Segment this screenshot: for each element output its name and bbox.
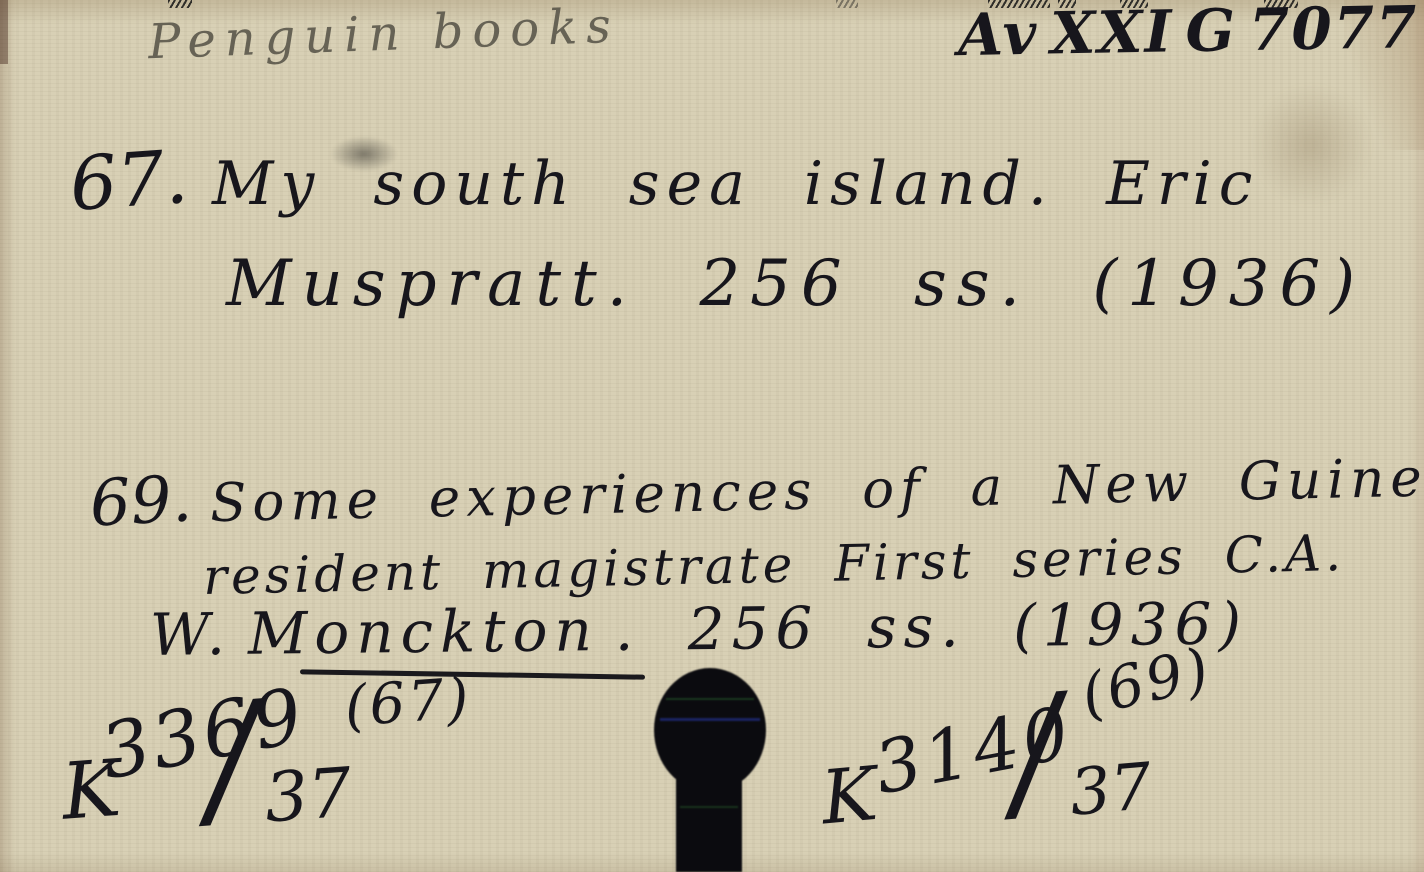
entry-69-title-line1: Some experiences of a New Guinea	[210, 451, 1424, 530]
call-number-prefix: Av	[957, 0, 1039, 69]
call-number: AvXXIG7077	[958, 0, 1424, 64]
entry-67-author-line: Muspratt. 256 ss. (1936)	[226, 252, 1365, 316]
accession-right-year: 37	[1067, 755, 1154, 826]
accession-right-letter: K	[818, 757, 880, 836]
entry-69-number: 69.	[88, 467, 193, 536]
call-number-digits: 7077	[1248, 0, 1419, 64]
punch-hole	[618, 634, 808, 872]
accession-left-year: 37	[263, 760, 354, 834]
call-number-class-letter: G	[1185, 0, 1238, 65]
entry-67-number: 67.	[68, 140, 191, 222]
pencil-note: Penguin books	[147, 2, 620, 66]
scan-edge-mark	[836, 0, 858, 8]
author-initial: W.	[150, 600, 233, 669]
call-number-roman-numeral: XXI	[1050, 0, 1174, 68]
catalog-card: Penguin books AvXXIG7077 67. My south se…	[0, 0, 1424, 872]
accession-left-entry-ref: (67)	[343, 671, 474, 736]
entry-67-title-line: My south sea island. Eric	[212, 154, 1259, 214]
scan-edge-strip	[0, 0, 8, 64]
author-surname: Monckton	[248, 596, 600, 668]
accession-left-slash: /	[201, 682, 262, 835]
scan-edge-mark	[168, 0, 192, 8]
